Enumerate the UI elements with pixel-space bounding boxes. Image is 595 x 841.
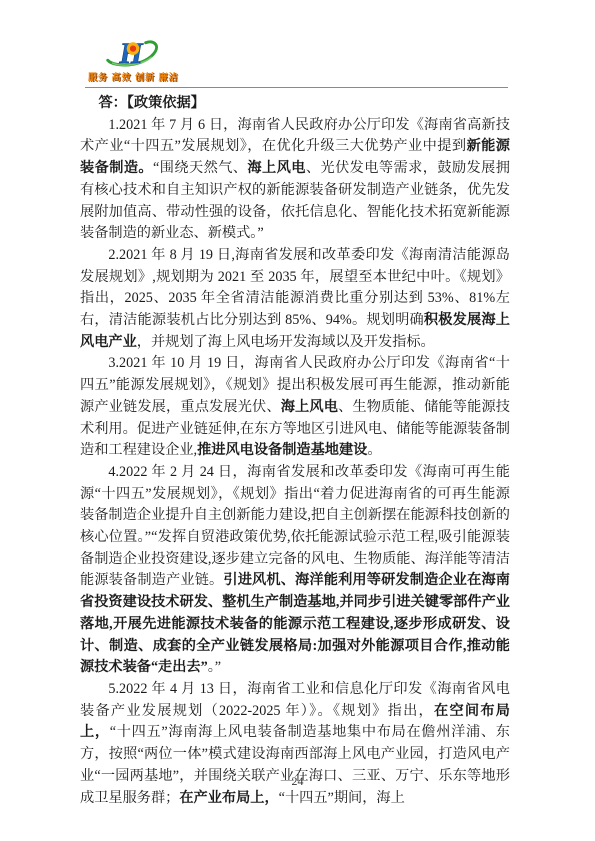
text-segment: 1.2021 年 7 月 6 日，海南省人民政府办公厅印发《海南省高新技术产业“… xyxy=(80,117,510,155)
document-page: H 服务 高效 创新 廉洁 答：【政策依据】 1.2021 年 7 月 6 日，… xyxy=(0,0,595,841)
text-segment: 推进风电设备制造基地建设 xyxy=(197,442,367,458)
company-logo: H 服务 高效 创新 廉洁 xyxy=(88,36,198,83)
logo-slogan: 服务 高效 创新 廉洁 xyxy=(88,70,198,83)
header-divider xyxy=(85,87,508,88)
text-segment: 在产业布局上， xyxy=(179,790,278,806)
text-segment: 海上风电 xyxy=(247,160,305,176)
answer-heading: 答：【政策依据】 xyxy=(80,93,510,115)
page-footer: 24 xyxy=(0,772,595,790)
paragraph: 4.2022 年 2 月 24 日，海南省发展和改革委印发《海南可再生能源“十四… xyxy=(80,462,510,679)
logo-h-icon: H xyxy=(102,36,164,69)
paragraph: 1.2021 年 7 月 6 日，海南省人民政府办公厅印发《海南省高新技术产业“… xyxy=(80,115,510,245)
text-segment: 4.2022 年 2 月 24 日，海南省发展和改革委印发《海南可再生能源“十四… xyxy=(80,464,510,589)
text-segment: “围绕天然气、 xyxy=(153,160,247,176)
text-segment: 海上风电 xyxy=(281,399,338,415)
text-segment: 。” xyxy=(208,659,221,675)
text-segment: 。 xyxy=(367,442,381,458)
text-segment: ，并规划了海上风电场开发海域以及开发指标。 xyxy=(137,334,435,350)
paragraph: 2.2021 年 8 月 19 日,海南省发展和改革委印发《海南清洁能源岛发展规… xyxy=(80,245,510,354)
paragraph: 3.2021 年 10 月 19 日，海南省人民政府办公厅印发《海南省“十四五”… xyxy=(80,353,510,462)
page-number: 24 xyxy=(292,774,304,788)
document-body: 答：【政策依据】 1.2021 年 7 月 6 日，海南省人民政府办公厅印发《海… xyxy=(80,93,510,809)
paragraph-container: 1.2021 年 7 月 6 日，海南省人民政府办公厅印发《海南省高新技术产业“… xyxy=(80,115,510,810)
text-segment: “十四五”期间，海上 xyxy=(279,790,405,806)
